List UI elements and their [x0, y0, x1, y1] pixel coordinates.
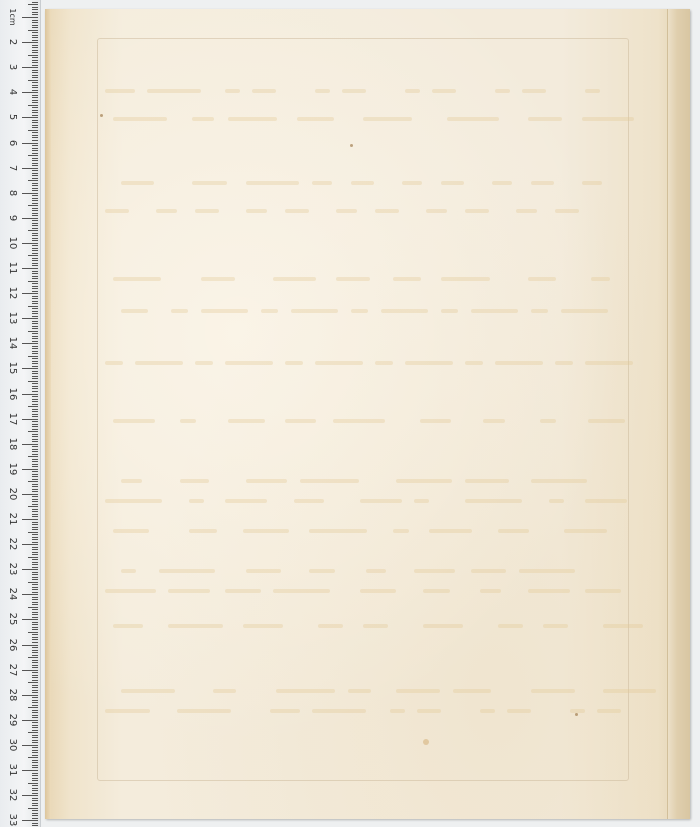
ruler-tick [32, 341, 38, 342]
show-through-mark [228, 117, 277, 121]
ruler-tick [32, 278, 38, 279]
ruler-cm-label: 29 [7, 710, 17, 730]
ruler-tick [32, 90, 38, 91]
show-through-mark [555, 209, 579, 213]
ruler-tick [32, 730, 38, 731]
ruler-cm-label: 15 [7, 358, 17, 378]
show-through-mark [375, 209, 399, 213]
ruler-tick [32, 409, 38, 410]
ruler-tick [32, 823, 38, 824]
ruler-tick [32, 125, 38, 126]
ruler-tick [32, 97, 38, 98]
ruler-tick [32, 579, 38, 580]
ruler-tick [32, 622, 38, 623]
show-through-mark [285, 361, 303, 365]
ruler-tick [28, 607, 38, 608]
ruler-tick [32, 451, 38, 452]
ruler-tick [28, 130, 38, 131]
ruler-tick [32, 303, 38, 304]
ruler-cm-label: 3 [7, 57, 17, 77]
ruler-tick [32, 564, 38, 565]
ruler-tick [32, 522, 38, 523]
show-through-mark [423, 589, 450, 593]
show-through-mark [441, 309, 458, 313]
show-through-mark [225, 589, 261, 593]
ruler-tick [32, 183, 38, 184]
ruler-cm-label: 22 [7, 534, 17, 554]
ruler-tick [32, 750, 38, 751]
ruler-tick [28, 255, 38, 256]
ruler-tick [32, 301, 38, 302]
ruler-tick [32, 629, 38, 630]
ruler-tick [32, 762, 38, 763]
ruler-tick [32, 421, 38, 422]
show-through-mark [381, 309, 428, 313]
ruler-tick [32, 501, 38, 502]
ruler-tick [32, 742, 38, 743]
show-through-mark [147, 89, 201, 93]
ruler-tick [32, 188, 38, 189]
ruler-tick [32, 77, 38, 78]
ruler-tick [32, 524, 38, 525]
ruler-tick [32, 132, 38, 133]
ruler-tick [28, 557, 38, 558]
ruler-tick [22, 494, 38, 495]
ruler-tick [32, 153, 38, 154]
show-through-mark [417, 709, 441, 713]
ruler-tick [22, 444, 38, 445]
show-through-mark [342, 89, 366, 93]
ruler-tick [28, 682, 38, 683]
ruler-tick [32, 120, 38, 121]
show-through-mark [420, 419, 451, 423]
ruler-tick [32, 710, 38, 711]
ruler-tick [22, 368, 38, 369]
ruler-tick [32, 727, 38, 728]
ruler-tick [32, 361, 38, 362]
ruler-tick [32, 311, 38, 312]
ruler-tick [22, 519, 38, 520]
ruler-tick [28, 783, 38, 784]
ruler-tick [32, 449, 38, 450]
show-through-mark [582, 181, 602, 185]
ruler-cm-label: 25 [7, 609, 17, 629]
ruler-tick [32, 122, 38, 123]
show-through-mark [543, 624, 568, 628]
show-through-mark [471, 569, 506, 573]
show-through-mark [105, 361, 123, 365]
ruler-tick [32, 148, 38, 149]
ruler-tick [32, 650, 38, 651]
show-through-mark [393, 277, 421, 281]
ruler-tick [22, 117, 38, 118]
show-through-mark [318, 624, 343, 628]
show-through-mark [423, 624, 463, 628]
ruler-tick [32, 609, 38, 610]
show-through-mark [465, 499, 522, 503]
show-through-mark [246, 181, 299, 185]
ruler-tick [32, 7, 38, 8]
ruler-tick [32, 253, 38, 254]
show-through-mark [465, 479, 509, 483]
ruler-tick [32, 240, 38, 241]
ruler-tick [32, 574, 38, 575]
show-through-mark [588, 419, 625, 423]
ruler-tick [32, 203, 38, 204]
show-through-mark [228, 419, 265, 423]
ruler-cm-label: 1cm [7, 7, 17, 27]
ruler-cm-label: 28 [7, 685, 17, 705]
show-through-mark [498, 624, 523, 628]
show-through-mark [246, 209, 267, 213]
ruler-tick [32, 22, 38, 23]
ruler-tick [32, 504, 38, 505]
ruler-tick [32, 765, 38, 766]
ruler-tick [32, 323, 38, 324]
ruler-tick [32, 404, 38, 405]
show-through-mark [297, 117, 334, 121]
ruler-tick [22, 318, 38, 319]
ruler-tick [22, 243, 38, 244]
ruler-tick [32, 775, 38, 776]
show-through-mark [113, 529, 149, 533]
ruler-tick [32, 378, 38, 379]
ruler-tick [32, 529, 38, 530]
ruler-cm-label: 27 [7, 660, 17, 680]
show-through-mark [309, 529, 367, 533]
ruler-tick [22, 569, 38, 570]
ruler-tick [32, 358, 38, 359]
show-through-mark [516, 209, 537, 213]
ruler-tick [32, 484, 38, 485]
ruler-tick [32, 577, 38, 578]
show-through-mark [531, 181, 554, 185]
ruler-tick [32, 338, 38, 339]
show-through-mark [582, 117, 634, 121]
show-through-mark [201, 309, 248, 313]
ruler-tick [32, 150, 38, 151]
ruler-cm-label: 20 [7, 484, 17, 504]
show-through-mark [312, 709, 366, 713]
show-through-mark [495, 361, 543, 365]
ruler-tick [32, 740, 38, 741]
show-through-mark [105, 209, 129, 213]
ruler-tick [32, 165, 38, 166]
ruler-cm-label: 11 [7, 258, 17, 278]
ruler-tick [28, 431, 38, 432]
show-through-mark [171, 309, 188, 313]
ruler-tick [32, 37, 38, 38]
plate-mark [97, 38, 629, 781]
ruler-tick [32, 825, 38, 826]
show-through-mark [121, 309, 148, 313]
show-through-mark [465, 361, 483, 365]
show-through-mark [156, 209, 177, 213]
ruler-tick [32, 100, 38, 101]
ruler-cm-label: 26 [7, 635, 17, 655]
ruler-tick [32, 9, 38, 10]
ruler-tick [32, 793, 38, 794]
ruler-tick [22, 795, 38, 796]
show-through-mark [246, 479, 287, 483]
ruler-tick [32, 414, 38, 415]
ruler-cm-label: 4 [7, 82, 17, 102]
show-through-mark [414, 569, 455, 573]
ruler-tick [32, 351, 38, 352]
ruler-cm-label: 2 [7, 32, 17, 52]
show-through-mark [453, 689, 491, 693]
centimetre-ruler: 1cm2345678910111213141516171819202122232… [0, 0, 41, 827]
ruler-cm-label: 16 [7, 384, 17, 404]
ruler-tick [32, 353, 38, 354]
show-through-mark [426, 209, 447, 213]
show-through-mark [405, 89, 420, 93]
ruler-tick [28, 80, 38, 81]
ruler-tick [32, 652, 38, 653]
show-through-mark [507, 709, 531, 713]
ruler-tick [32, 642, 38, 643]
show-through-mark [105, 89, 135, 93]
ruler-tick [32, 516, 38, 517]
show-through-mark [189, 499, 204, 503]
foxing-spot [350, 144, 353, 147]
ruler-tick [32, 803, 38, 804]
ruler-tick [32, 70, 38, 71]
show-through-mark [363, 117, 412, 121]
show-through-mark [201, 277, 235, 281]
ruler-tick [32, 429, 38, 430]
ruler-tick [32, 818, 38, 819]
ruler-tick [28, 456, 38, 457]
show-through-mark [113, 277, 161, 281]
ruler-tick [32, 62, 38, 63]
ruler-tick [22, 594, 38, 595]
ruler-cm-label: 8 [7, 183, 17, 203]
ruler-tick [32, 32, 38, 33]
ruler-tick [32, 604, 38, 605]
ruler-tick [32, 75, 38, 76]
ruler-tick [32, 805, 38, 806]
ruler-tick [32, 386, 38, 387]
show-through-mark [177, 709, 231, 713]
show-through-mark [531, 309, 548, 313]
ruler-tick [28, 331, 38, 332]
show-through-mark [528, 589, 570, 593]
show-through-mark [465, 209, 489, 213]
ruler-tick [32, 424, 38, 425]
show-through-mark [168, 589, 210, 593]
show-through-mark [360, 499, 402, 503]
ruler-tick [32, 170, 38, 171]
show-through-mark [396, 479, 452, 483]
ruler-tick [32, 675, 38, 676]
ruler-cm-label: 5 [7, 107, 17, 127]
show-through-mark [180, 419, 196, 423]
ruler-tick [32, 265, 38, 266]
ruler-tick [32, 296, 38, 297]
ruler-tick [22, 394, 38, 395]
ruler-tick [32, 800, 38, 801]
ruler-tick [32, 20, 38, 21]
ruler-tick [32, 810, 38, 811]
ruler-tick [22, 820, 38, 821]
ruler-tick [32, 534, 38, 535]
ruler-tick [28, 481, 38, 482]
ruler-tick [32, 313, 38, 314]
ruler-tick [32, 788, 38, 789]
ruler-tick [32, 65, 38, 66]
show-through-mark [121, 181, 154, 185]
ruler-tick [32, 813, 38, 814]
show-through-mark [540, 419, 556, 423]
ruler-tick [32, 25, 38, 26]
ruler-tick [32, 72, 38, 73]
show-through-mark [402, 181, 422, 185]
show-through-mark [121, 569, 136, 573]
ruler-tick [32, 135, 38, 136]
ruler-tick [32, 665, 38, 666]
ruler-tick [32, 363, 38, 364]
ruler-tick [32, 466, 38, 467]
ruler-tick [32, 298, 38, 299]
show-through-mark [591, 277, 610, 281]
show-through-mark [396, 689, 440, 693]
ruler-tick [32, 655, 38, 656]
ruler-tick [32, 175, 38, 176]
ruler-tick [32, 60, 38, 61]
show-through-mark [159, 569, 215, 573]
ruler-tick [32, 137, 38, 138]
page-right-edge-strip [667, 9, 690, 819]
ruler-tick [28, 506, 38, 507]
show-through-mark [549, 499, 564, 503]
ruler-tick [32, 617, 38, 618]
ruler-tick [32, 434, 38, 435]
show-through-mark [555, 361, 573, 365]
show-through-mark [189, 529, 217, 533]
show-through-mark [393, 529, 409, 533]
show-through-mark [531, 689, 575, 693]
ruler-tick [32, 27, 38, 28]
foxing-spot [100, 114, 103, 117]
show-through-mark [294, 499, 324, 503]
show-through-mark [360, 589, 396, 593]
ruler-tick [32, 780, 38, 781]
ruler-tick [32, 722, 38, 723]
ruler-tick [32, 660, 38, 661]
show-through-mark [492, 181, 512, 185]
ruler-tick [32, 50, 38, 51]
ruler-tick [32, 288, 38, 289]
show-through-mark [261, 309, 278, 313]
ruler-tick [32, 163, 38, 164]
show-through-mark [312, 181, 332, 185]
ruler-tick [28, 155, 38, 156]
ruler-tick [32, 584, 38, 585]
ruler-tick [32, 173, 38, 174]
show-through-mark [528, 117, 562, 121]
ruler-tick [32, 2, 38, 3]
ruler-tick [32, 273, 38, 274]
ruler-tick [32, 115, 38, 116]
ruler-tick [32, 110, 38, 111]
ruler-tick [32, 815, 38, 816]
ruler-tick [32, 662, 38, 663]
ruler-tick [32, 717, 38, 718]
show-through-mark [113, 117, 167, 121]
ruler-tick [32, 112, 38, 113]
ruler-tick [22, 218, 38, 219]
ruler-tick [32, 454, 38, 455]
ruler-tick [32, 228, 38, 229]
ruler-tick [22, 193, 38, 194]
ruler-tick [22, 419, 38, 420]
ruler-tick [32, 411, 38, 412]
ruler-tick [32, 614, 38, 615]
ruler-tick [32, 366, 38, 367]
show-through-mark [273, 277, 316, 281]
ruler-tick [32, 248, 38, 249]
ruler-tick [32, 597, 38, 598]
ruler-tick [32, 283, 38, 284]
show-through-mark [585, 89, 600, 93]
show-through-mark [315, 361, 363, 365]
show-through-mark [276, 689, 335, 693]
ruler-tick [32, 552, 38, 553]
ruler-tick [32, 213, 38, 214]
ruler-tick [32, 316, 38, 317]
ruler-tick [32, 401, 38, 402]
ruler-tick [32, 225, 38, 226]
ruler-tick [32, 471, 38, 472]
ruler-tick [28, 707, 38, 708]
ruler-tick [32, 348, 38, 349]
ruler-tick [32, 416, 38, 417]
ruler-cm-label: 18 [7, 434, 17, 454]
ruler-tick [32, 712, 38, 713]
ruler-tick [22, 268, 38, 269]
ruler-tick [28, 230, 38, 231]
ruler-tick [28, 532, 38, 533]
show-through-mark [441, 181, 464, 185]
show-through-mark [528, 277, 556, 281]
ruler-tick [32, 592, 38, 593]
ruler-tick [22, 670, 38, 671]
ruler-tick [32, 760, 38, 761]
show-through-mark [121, 479, 142, 483]
ruler-tick [32, 238, 38, 239]
ruler-tick [32, 45, 38, 46]
ruler-tick [32, 336, 38, 337]
show-through-mark [225, 89, 240, 93]
show-through-mark [336, 277, 370, 281]
ruler-tick [32, 258, 38, 259]
ruler-tick [32, 210, 38, 211]
show-through-mark [105, 589, 156, 593]
ruler-cm-label: 13 [7, 308, 17, 328]
show-through-mark [495, 89, 510, 93]
ruler-tick [32, 160, 38, 161]
show-through-mark [390, 709, 405, 713]
ruler-tick [32, 12, 38, 13]
show-through-mark [405, 361, 453, 365]
ruler-tick [32, 624, 38, 625]
ruler-tick [32, 235, 38, 236]
ruler-tick [32, 537, 38, 538]
show-through-mark [480, 709, 495, 713]
ruler-tick [32, 705, 38, 706]
ruler-tick [28, 356, 38, 357]
